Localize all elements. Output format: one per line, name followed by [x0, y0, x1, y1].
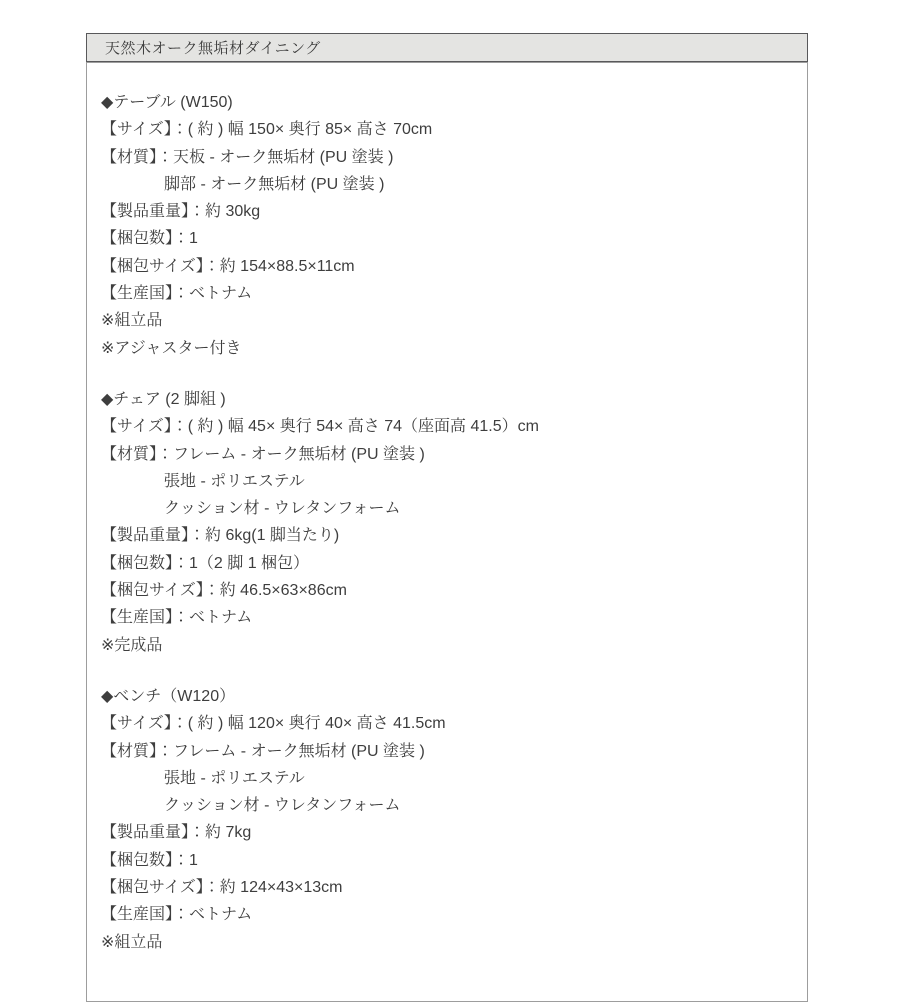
spec-line: 【製品重量】：約 30kg	[101, 198, 793, 225]
spec-body: ◆テーブル (W150)【サイズ】：( 約 ) 幅 150× 奥行 85× 高さ…	[86, 62, 808, 953]
section-heading: ◆テーブル (W150)	[101, 89, 793, 116]
spec-line: 脚部 - オーク無垢材 (PU 塗装 )	[101, 171, 793, 198]
section-heading: ◆ベンチ（W120）	[101, 683, 793, 710]
spec-line: 【梱包数】：1	[101, 225, 793, 252]
spec-line: クッション材 - ウレタンフォーム	[101, 792, 793, 819]
spec-line: ※アジャスター付き	[101, 335, 793, 362]
spec-line: 【製品重量】：約 7kg	[101, 819, 793, 846]
spec-line: 【材質】：天板 - オーク無垢材 (PU 塗装 )	[101, 144, 793, 171]
spec-line: ※完成品	[101, 632, 793, 659]
spec-line: 【製品重量】：約 6kg(1 脚当たり)	[101, 522, 793, 549]
spec-line: クッション材 - ウレタンフォーム	[101, 495, 793, 522]
spec-line: 【梱包サイズ】：約 154×88.5×11cm	[101, 253, 793, 280]
product-section-chair: ◆チェア (2 脚組 )【サイズ】：( 約 ) 幅 45× 奥行 54× 高さ …	[101, 386, 793, 659]
spec-line: 張地 - ポリエステル	[101, 765, 793, 792]
spec-line: 【サイズ】：( 約 ) 幅 150× 奥行 85× 高さ 70cm	[101, 116, 793, 143]
spec-line: 【生産国】：ベトナム	[101, 901, 793, 928]
section-heading: ◆チェア (2 脚組 )	[101, 386, 793, 413]
page-title: 天然木オーク無垢材ダイニング	[105, 37, 321, 58]
spec-line: 【サイズ】：( 約 ) 幅 120× 奥行 40× 高さ 41.5cm	[101, 710, 793, 737]
spec-line: 【梱包数】：1（2 脚 1 梱包）	[101, 550, 793, 577]
spec-line: 【生産国】：ベトナム	[101, 604, 793, 631]
product-section-table: ◆テーブル (W150)【サイズ】：( 約 ) 幅 150× 奥行 85× 高さ…	[101, 89, 793, 362]
spec-line: 【材質】：フレーム - オーク無垢材 (PU 塗装 )	[101, 738, 793, 765]
spec-line: ※組立品	[101, 929, 793, 953]
spec-sheet: 天然木オーク無垢材ダイニング ◆テーブル (W150)【サイズ】：( 約 ) 幅…	[86, 33, 808, 953]
spec-line: 【梱包数】：1	[101, 847, 793, 874]
spec-line: 【梱包サイズ】：約 46.5×63×86cm	[101, 577, 793, 604]
spec-line: 張地 - ポリエステル	[101, 468, 793, 495]
spec-line: 【梱包サイズ】：約 124×43×13cm	[101, 874, 793, 901]
spec-line: 【材質】：フレーム - オーク無垢材 (PU 塗装 )	[101, 441, 793, 468]
spec-line: 【生産国】：ベトナム	[101, 280, 793, 307]
spec-line: ※組立品	[101, 307, 793, 334]
spec-line: 【サイズ】：( 約 ) 幅 45× 奥行 54× 高さ 74（座面高 41.5）…	[101, 413, 793, 440]
spec-title-bar: 天然木オーク無垢材ダイニング	[86, 33, 808, 62]
product-section-bench: ◆ベンチ（W120）【サイズ】：( 約 ) 幅 120× 奥行 40× 高さ 4…	[101, 683, 793, 953]
